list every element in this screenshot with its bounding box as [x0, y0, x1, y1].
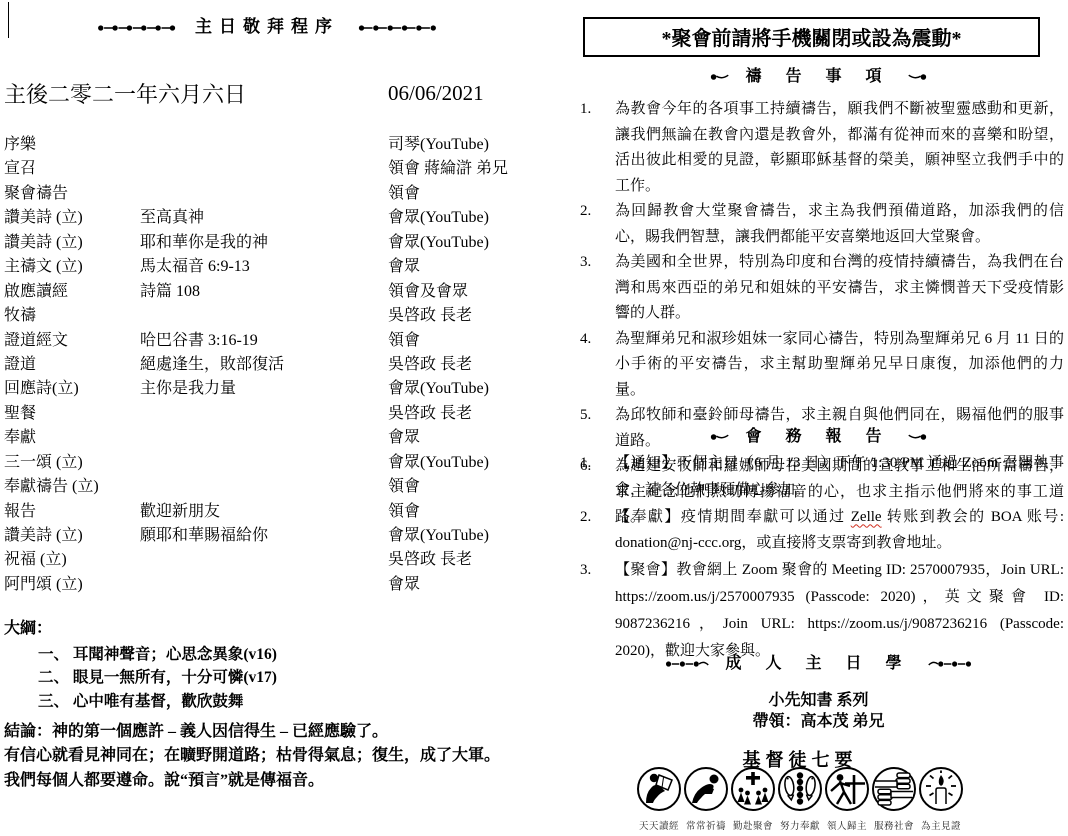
- program-item: 證道: [4, 351, 36, 374]
- program-person: 司琴(YouTube): [388, 131, 489, 154]
- outline-item: 一、 耳聞神聲音；心思念異象(v16): [38, 643, 277, 666]
- report-items-list: 1.【通知】下個主日（6 月 13 日）下午 1:30 PM 通過 Zoom 召…: [578, 450, 1064, 664]
- item-number: 3.: [580, 250, 591, 276]
- program-item: 主禱文 (立): [4, 253, 83, 276]
- swirl-ornament-left: [95, 23, 183, 33]
- serving-society-icon: [871, 766, 917, 812]
- item-number: 2.: [580, 199, 591, 225]
- program-row: 讚美詩 (立)至高真神會眾(YouTube): [4, 204, 534, 228]
- program-content: 耶和華你是我的神: [140, 229, 268, 252]
- program-item: 祝福 (立): [4, 546, 67, 569]
- program-item: 聚會禱告: [4, 180, 68, 203]
- conclusion-line: 我們每個人都要遵命。說“預言”就是傳福音。: [4, 769, 500, 793]
- bulletin-page: 主日敬拜程序 主後二零二一年六月六日 06/06/2021 序樂司琴(YouTu…: [0, 0, 1068, 836]
- program-row: 奉獻會眾: [4, 424, 534, 448]
- report-section-title: 會 務 報 告: [745, 428, 891, 445]
- essential-label: 常常祈禱: [683, 818, 729, 832]
- program-content: 願耶和華賜福給你: [140, 522, 268, 545]
- praying-icon: [683, 766, 729, 812]
- spellcheck-word: Zelle: [851, 509, 882, 525]
- program-row: 聖餐吳啓政 長老: [4, 400, 534, 424]
- prayer-item-text: 為聖輝弟兄和淑珍姐妹一家同心禱告，特別為聖輝弟兄 6 月 11 日的小手術的平安…: [615, 331, 1064, 398]
- program-row: 三一頌 (立)會眾(YouTube): [4, 449, 534, 473]
- program-person: 吳啓政 長老: [388, 302, 472, 325]
- essential-item: 常常祈禱: [683, 766, 729, 832]
- program-content: 主你是我力量: [140, 375, 236, 398]
- item-number: 1.: [580, 450, 591, 477]
- program-content: 哈巴谷書 3:16-19: [140, 327, 258, 350]
- prayer-item-text: 為回歸教會大堂聚會禱告，求主為我們預備道路，加添我們的信心，賜我們智慧，讓我們都…: [615, 203, 1064, 245]
- program-item: 序樂: [4, 131, 36, 154]
- program-person: 領會: [388, 498, 420, 521]
- essential-item: 為主見證: [918, 766, 964, 832]
- report-item-text: 【通知】下個主日（6 月 13 日）下午 1:30 PM 通過 Zoom 召開執…: [615, 455, 1064, 498]
- essential-item: 努力奉獻: [777, 766, 823, 832]
- swirl-ornament-left: [709, 72, 731, 82]
- item-number: 1.: [580, 97, 591, 123]
- prayer-item-text: 為美國和全世界，特別為印度和台灣的疫情持續禱告，為我們在台灣和馬來西亞的弟兄和姐…: [615, 254, 1064, 321]
- program-item: 證道經文: [4, 327, 68, 350]
- program-person: 會眾(YouTube): [388, 375, 489, 398]
- program-row: 宣召領會 蔣綸滸 弟兄: [4, 155, 534, 179]
- program-item: 宣召: [4, 155, 36, 178]
- report-item-text: 【奉獻】疫情期間奉獻可以通过: [615, 509, 851, 525]
- chinese-date: 主後二零二一年六月六日: [4, 78, 246, 109]
- program-item: 回應詩(立): [4, 375, 79, 398]
- program-row: 奉獻禱告 (立)領會: [4, 473, 534, 497]
- offering-icon: [777, 766, 823, 812]
- swirl-ornament-left: [709, 432, 731, 442]
- program-item: 三一頌 (立): [4, 449, 83, 472]
- swirl-ornament-right: [926, 659, 974, 669]
- program-person: 吳啓政 長老: [388, 400, 472, 423]
- program-content: 馬太福音 6:9-13: [140, 253, 250, 276]
- program-person: 吳啓政 長老: [388, 351, 472, 374]
- essential-label: 領人歸主: [824, 818, 870, 832]
- report-item: 1.【通知】下個主日（6 月 13 日）下午 1:30 PM 通過 Zoom 召…: [578, 450, 1064, 504]
- program-person: 領會及會眾: [388, 278, 468, 301]
- worship-program-list: 序樂司琴(YouTube) 宣召領會 蔣綸滸 弟兄 聚會禱告領會 讚美詩 (立)…: [4, 131, 534, 595]
- conclusion-line: 結論：神的第一個應許 – 義人因信得生 – 已經應驗了。: [4, 720, 500, 744]
- item-number: 4.: [580, 327, 591, 353]
- phone-notice-box: *聚會前請將手機關閉或設為震動*: [583, 17, 1040, 57]
- essential-label: 勤赴聚會: [730, 818, 776, 832]
- item-number: 3.: [580, 557, 591, 584]
- program-person: 會眾: [388, 571, 420, 594]
- prayer-section-header: 禱 告 事 項: [575, 63, 1062, 86]
- report-item-text: 【聚會】教會網上 Zoom 聚會的 Meeting ID: 2570007935…: [615, 562, 1064, 658]
- program-row: 主禱文 (立)馬太福音 6:9-13會眾: [4, 253, 534, 277]
- sunday-school-series: 小先知書 系列: [575, 687, 1062, 710]
- prayer-item: 1.為教會今年的各項事工持續禱告，願我們不斷被聖靈感動和更新，讓我們無論在教會內…: [578, 97, 1064, 199]
- seven-essentials-icons: 天天讀經 常常祈禱 勤赴聚會 努力奉獻 領人歸主 服務社會 為主見證: [575, 766, 1025, 832]
- western-date: 06/06/2021: [388, 81, 484, 106]
- program-person: 會眾: [388, 424, 420, 447]
- essential-label: 天天讀經: [636, 818, 682, 832]
- sermon-conclusion: 結論：神的第一個應許 – 義人因信得生 – 已經應驗了。 有信心就看見神同在；在…: [4, 720, 500, 793]
- program-item: 聖餐: [4, 400, 36, 423]
- program-person: 會眾(YouTube): [388, 449, 489, 472]
- essential-label: 服務社會: [871, 818, 917, 832]
- report-item: 2.【奉獻】疫情期間奉獻可以通过 Zelle 转账到教会的 BOA 账号: do…: [578, 504, 1064, 558]
- program-row: 聚會禱告領會: [4, 180, 534, 204]
- outline-item: 二、 眼見一無所有，十分可憐(v17): [38, 666, 277, 689]
- swirl-ornament-right: [906, 432, 928, 442]
- report-item: 3.【聚會】教會網上 Zoom 聚會的 Meeting ID: 25700079…: [578, 557, 1064, 664]
- program-row: 啟應讀經詩篇 108領會及會眾: [4, 278, 534, 302]
- program-person: 領會 蔣綸滸 弟兄: [388, 155, 508, 178]
- program-row: 序樂司琴(YouTube): [4, 131, 534, 155]
- outline-title: 大綱：: [4, 615, 277, 638]
- conclusion-line: 有信心就看見神同在；在曠野開道路；枯骨得氣息；復生，成了大軍。: [4, 744, 500, 768]
- program-person: 會眾(YouTube): [388, 522, 489, 545]
- program-person: 會眾(YouTube): [388, 229, 489, 252]
- program-item: 啟應讀經: [4, 278, 68, 301]
- report-section-header: 會 務 報 告: [575, 423, 1062, 446]
- program-content: 歡迎新朋友: [140, 498, 220, 521]
- item-number: 2.: [580, 504, 591, 531]
- program-person: 會眾(YouTube): [388, 204, 489, 227]
- essential-label: 為主見證: [918, 818, 964, 832]
- program-person: 領會: [388, 327, 420, 350]
- sermon-outline: 大綱： 一、 耳聞神聲音；心思念異象(v16) 二、 眼見一無所有，十分可憐(v…: [4, 615, 277, 713]
- worship-order-title: 主日敬拜程序: [195, 17, 339, 36]
- program-person: 領會: [388, 180, 420, 203]
- program-row: 阿門頌 (立)會眾: [4, 571, 534, 595]
- prayer-item: 2.為回歸教會大堂聚會禱告，求主為我們預備道路，加添我們的信心，賜我們智慧，讓我…: [578, 199, 1064, 250]
- program-row: 證道絕處逢生，敗部復活吳啓政 長老: [4, 351, 534, 375]
- candle-witness-icon: [918, 766, 964, 812]
- swirl-ornament-right: [351, 23, 439, 33]
- essential-item: 服務社會: [871, 766, 917, 832]
- reading-bible-icon: [636, 766, 682, 812]
- worship-order-header: 主日敬拜程序: [0, 12, 534, 37]
- prayer-section-title: 禱 告 事 項: [745, 68, 891, 85]
- program-content: 詩篇 108: [140, 278, 200, 301]
- program-item: 阿門頌 (立): [4, 571, 83, 594]
- program-person: 會眾: [388, 253, 420, 276]
- program-item: 報告: [4, 498, 36, 521]
- swirl-ornament-right: [906, 72, 928, 82]
- program-row: 讚美詩 (立)耶和華你是我的神會眾(YouTube): [4, 229, 534, 253]
- program-item: 讚美詩 (立): [4, 522, 83, 545]
- prayer-item-text: 為教會今年的各項事工持續禱告，願我們不斷被聖靈感動和更新，讓我們無論在教會內還是…: [615, 101, 1064, 194]
- phone-notice-text: *聚會前請將手機關閉或設為震動*: [662, 28, 962, 50]
- program-content: 絕處逢生，敗部復活: [140, 351, 284, 374]
- program-row: 證道經文哈巴谷書 3:16-19領會: [4, 327, 534, 351]
- program-item: 奉獻禱告 (立): [4, 473, 99, 496]
- program-row: 牧禱吳啓政 長老: [4, 302, 534, 326]
- program-row: 報告歡迎新朋友領會: [4, 498, 534, 522]
- sunday-school-header: 成 人 主 日 學: [575, 650, 1062, 673]
- prayer-item: 4.為聖輝弟兄和淑珍姐妹一家同心禱告，特別為聖輝弟兄 6 月 11 日的小手術的…: [578, 327, 1064, 404]
- essential-item: 領人歸主: [824, 766, 870, 832]
- swirl-ornament-left: [663, 659, 711, 669]
- program-person: 吳啓政 長老: [388, 546, 472, 569]
- church-gathering-icon: [730, 766, 776, 812]
- leading-souls-icon: [824, 766, 870, 812]
- essential-item: 勤赴聚會: [730, 766, 776, 832]
- essential-item: 天天讀經: [636, 766, 682, 832]
- prayer-item: 3.為美國和全世界，特別為印度和台灣的疫情持續禱告，為我們在台灣和馬來西亞的弟兄…: [578, 250, 1064, 327]
- program-item: 奉獻: [4, 424, 36, 447]
- program-item: 讚美詩 (立): [4, 229, 83, 252]
- program-item: 讚美詩 (立): [4, 204, 83, 227]
- outline-item: 三、 心中唯有基督，歡欣鼓舞: [38, 690, 277, 713]
- program-content: 至高真神: [140, 204, 204, 227]
- sunday-school-title: 成 人 主 日 學: [725, 655, 911, 672]
- program-item: 牧禱: [4, 302, 36, 325]
- program-person: 領會: [388, 473, 420, 496]
- essential-label: 努力奉獻: [777, 818, 823, 832]
- sunday-school-leader: 帶領：高本茂 弟兄: [575, 708, 1062, 731]
- program-row: 回應詩(立)主你是我力量會眾(YouTube): [4, 375, 534, 399]
- program-row: 祝福 (立)吳啓政 長老: [4, 546, 534, 570]
- program-row: 讚美詩 (立)願耶和華賜福給你會眾(YouTube): [4, 522, 534, 546]
